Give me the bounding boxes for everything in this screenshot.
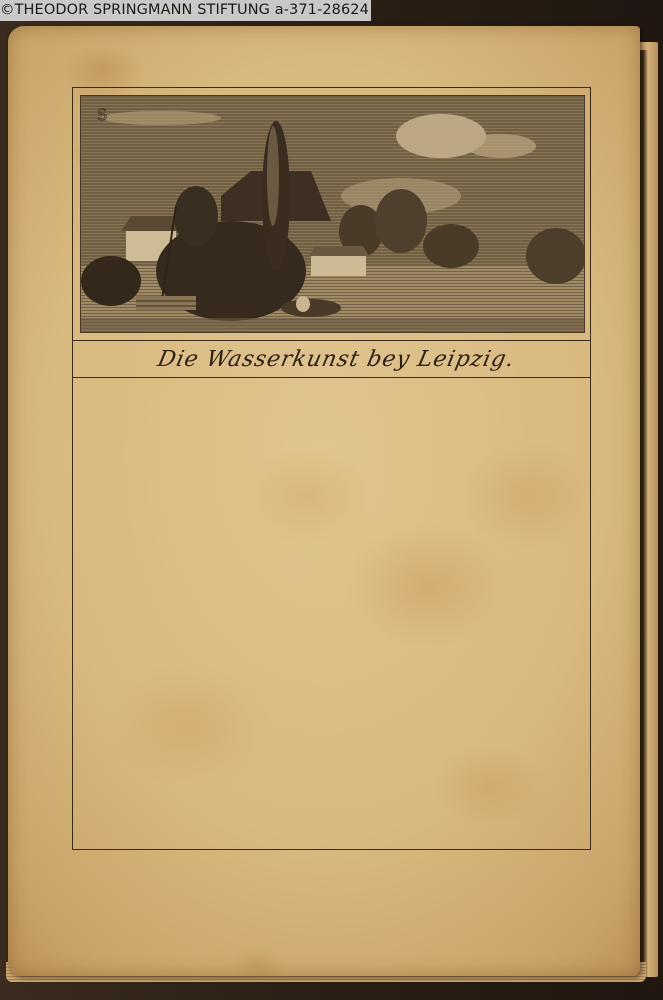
signature-mark: S [97, 105, 107, 124]
copyright-watermark: ©THEODOR SPRINGMANN STIFTUNG a-371-28624 [0, 0, 371, 21]
blank-area [74, 379, 590, 849]
engraving-image: S [80, 95, 585, 333]
plate-caption: Die Wasserkunst bey Leipzig. [156, 347, 518, 372]
caption-band: Die Wasserkunst bey Leipzig. [72, 340, 591, 378]
